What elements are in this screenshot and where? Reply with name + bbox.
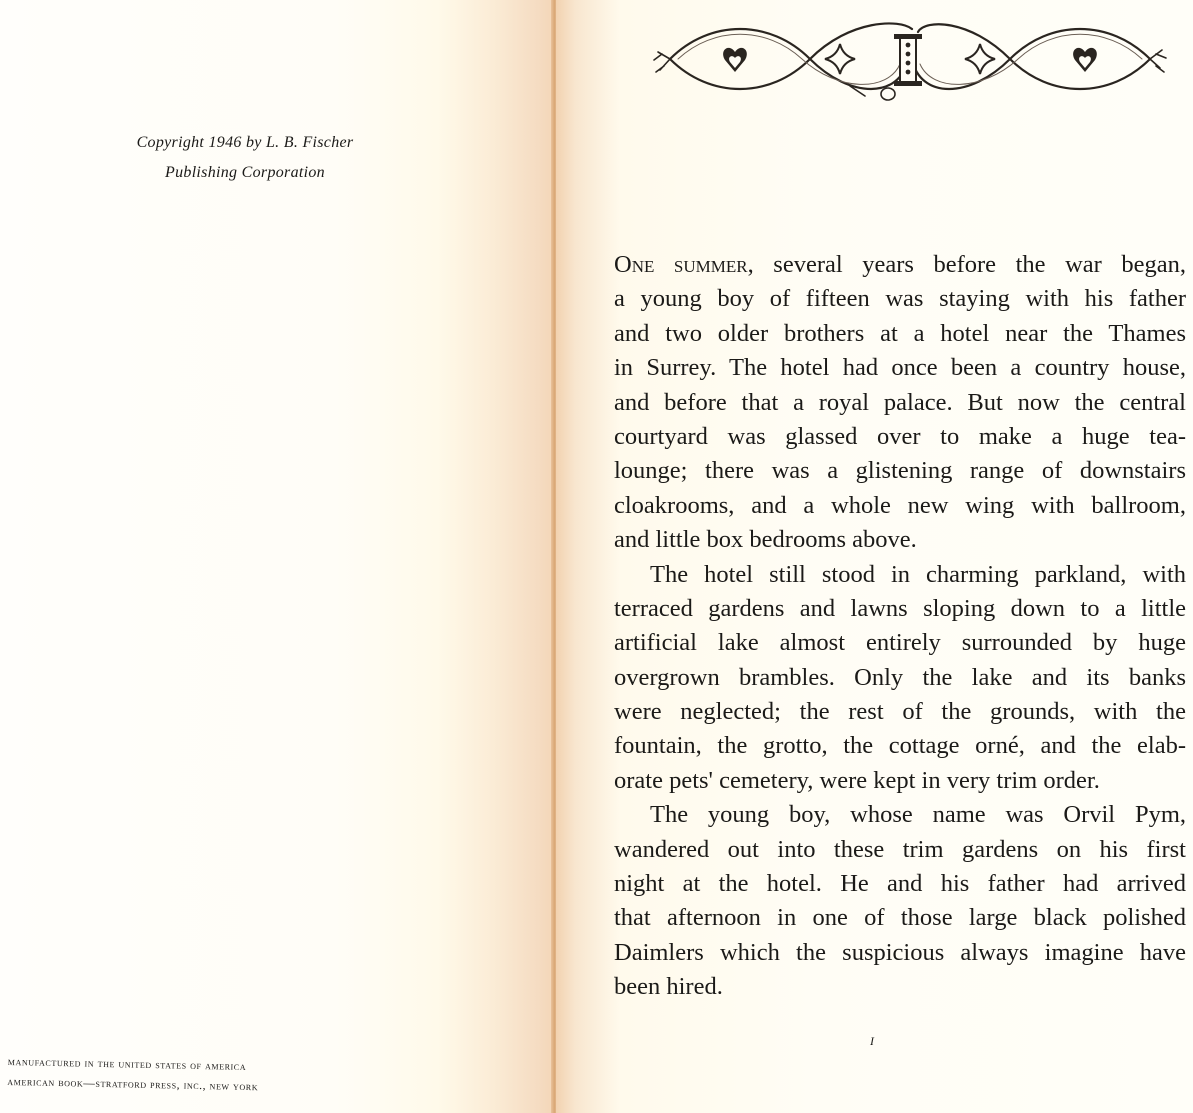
copyright-notice: Copyright 1946 by L. B. Fischer Publishi… xyxy=(60,128,430,188)
text-line: One summer, several years before the war… xyxy=(614,248,1186,282)
printer-colophon: MANUFACTURED IN THE UNITED STATES OF AME… xyxy=(7,1052,428,1101)
text-line: overgrown brambles. Only the lake and it… xyxy=(614,661,1186,695)
vine-ornament-icon xyxy=(650,14,1170,104)
text-line: were neglected; the rest of the grounds,… xyxy=(614,695,1186,729)
text-line: The young boy, whose name was Orvil Pym, xyxy=(614,798,1186,832)
text-line: been hired. xyxy=(614,970,1186,1004)
text-line: The hotel still stood in charming parkla… xyxy=(614,558,1186,592)
text-line: Daimlers which the suspicious always ima… xyxy=(614,936,1186,970)
text-line: fountain, the grotto, the cottage orné, … xyxy=(614,729,1186,763)
text-line: orate pets' cemetery, were kept in very … xyxy=(614,764,1186,798)
copyright-line: Publishing Corporation xyxy=(60,158,430,188)
text-line: terraced gardens and lawns sloping down … xyxy=(614,592,1186,626)
text-line: that afternoon in one of those large bla… xyxy=(614,901,1186,935)
text-line: courtyard was glassed over to make a hug… xyxy=(614,420,1186,454)
chapter-text: One summer, several years before the war… xyxy=(614,248,1186,1005)
text-line: artificial lake almost entirely surround… xyxy=(614,626,1186,660)
text-line: cloakrooms, and a whole new wing with ba… xyxy=(614,489,1186,523)
text-line: wandered out into these trim gardens on … xyxy=(614,833,1186,867)
text-line: a young boy of fifteen was staying with … xyxy=(614,282,1186,316)
left-page: Copyright 1946 by L. B. Fischer Publishi… xyxy=(0,0,560,1113)
book-spread: Copyright 1946 by L. B. Fischer Publishi… xyxy=(0,0,1193,1113)
text-line: in Surrey. The hotel had once been a cou… xyxy=(614,351,1186,385)
text-line: night at the hotel. He and his father ha… xyxy=(614,867,1186,901)
text-line: and little box bedrooms above. xyxy=(614,523,1186,557)
page-number: I xyxy=(870,1034,874,1049)
text-line: and before that a royal palace. But now … xyxy=(614,386,1186,420)
opening-small-caps: One summer xyxy=(614,251,748,278)
text-line: lounge; there was a glistening range of … xyxy=(614,454,1186,488)
text-line: and two older brothers at a hotel near t… xyxy=(614,317,1186,351)
copyright-line: Copyright 1946 by L. B. Fischer xyxy=(60,128,430,158)
